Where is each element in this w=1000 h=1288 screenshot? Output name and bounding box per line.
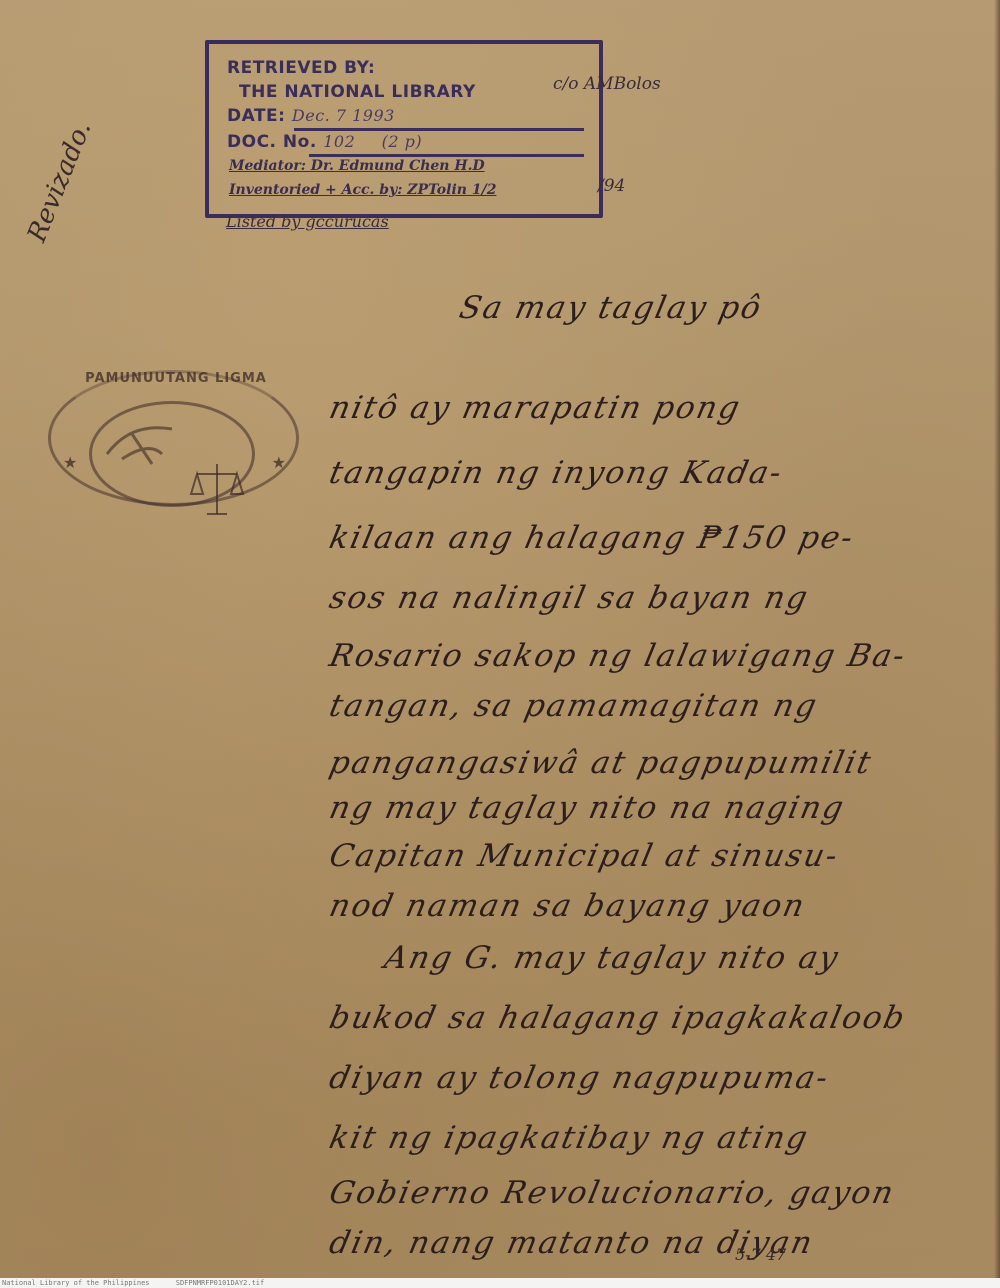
stamp-inventoried: Inventoried + Acc. by: ZPTolin 1/2 [229, 182, 496, 198]
stamp-mediator: Mediator: Dr. Edmund Chen H.D [229, 158, 485, 174]
letter-line: ng may taglay nito na naging [326, 790, 848, 826]
letter-line: Gobierno Revolucionario, gayon [326, 1175, 898, 1211]
letter-line: Capitan Municipal at sinusu- [326, 838, 842, 874]
scan-footer: National Library of the Philippines SDFP… [0, 1278, 1000, 1288]
letter-line: Sa may taglay pô [456, 290, 766, 326]
stamp-national-library: THE NATIONAL LIBRARY [239, 82, 476, 102]
scales-of-justice-icon [187, 459, 247, 519]
seal-text: PAMUNUUTANG LIGMA [61, 371, 291, 386]
letter-line: nod naman sa bayang yaon [326, 888, 809, 924]
footer-file-id: SDFPNMRFP0101DAY2.tif [176, 1279, 265, 1287]
stamp-doc-rule [309, 154, 584, 157]
margin-note: Revizado. [22, 117, 97, 246]
letter-line: diyan ay tolong nagpupuma- [326, 1060, 833, 1096]
letter-line: kilaan ang halagang ₱150 pe- [326, 520, 858, 556]
footer-institution: National Library of the Philippines [2, 1279, 150, 1287]
stamp-doc-label: DOC. No. [227, 132, 317, 152]
letter-line: pangangasiwâ at pagpupumilit [326, 745, 875, 781]
page-mark: 5-7 47 [735, 1245, 786, 1264]
official-seal: PAMUNUUTANG LIGMA ★ ★ [48, 370, 299, 506]
stamp-listed-by: Listed by gccurucas [226, 212, 389, 231]
letter-line: tangapin ng inyong Kada- [326, 455, 786, 491]
stamp-doc-pages: (2 p) [382, 132, 423, 151]
seal-inner-ring [89, 401, 255, 507]
stamp-doc-value: 102 [323, 132, 355, 151]
letter-line: tangan, sa pamamagitan ng [326, 688, 821, 724]
letter-line: Rosario sakop ng lalawigang Ba- [326, 638, 909, 674]
seal-star-icon: ★ [272, 453, 286, 473]
archive-stamp: RETRIEVED BY: THE NATIONAL LIBRARY DATE:… [205, 40, 603, 218]
stamp-retrieved-by: RETRIEVED BY: [227, 58, 375, 78]
seal-star-icon: ★ [63, 453, 77, 473]
letter-line: sos na nalingil sa bayan ng [326, 580, 812, 616]
stamp-date-value: Dec. 7 1993 [292, 106, 395, 125]
seal-figure-icon [102, 414, 192, 474]
stamp-care-of: c/o AMBolos [553, 74, 661, 94]
stamp-date-rule [294, 128, 584, 131]
document-page: RETRIEVED BY: THE NATIONAL LIBRARY DATE:… [0, 0, 1000, 1278]
stamp-inventoried-year: /94 [598, 176, 625, 196]
letter-line: Ang G. may taglay nito ay [381, 940, 843, 976]
letter-line: bukod sa halagang ipagkakaloob [326, 1000, 909, 1036]
stamp-date-label: DATE: [227, 106, 285, 126]
letter-line: nitô ay marapatin pong [326, 390, 744, 426]
letter-line: kit ng ipagkatibay ng ating [326, 1120, 812, 1156]
